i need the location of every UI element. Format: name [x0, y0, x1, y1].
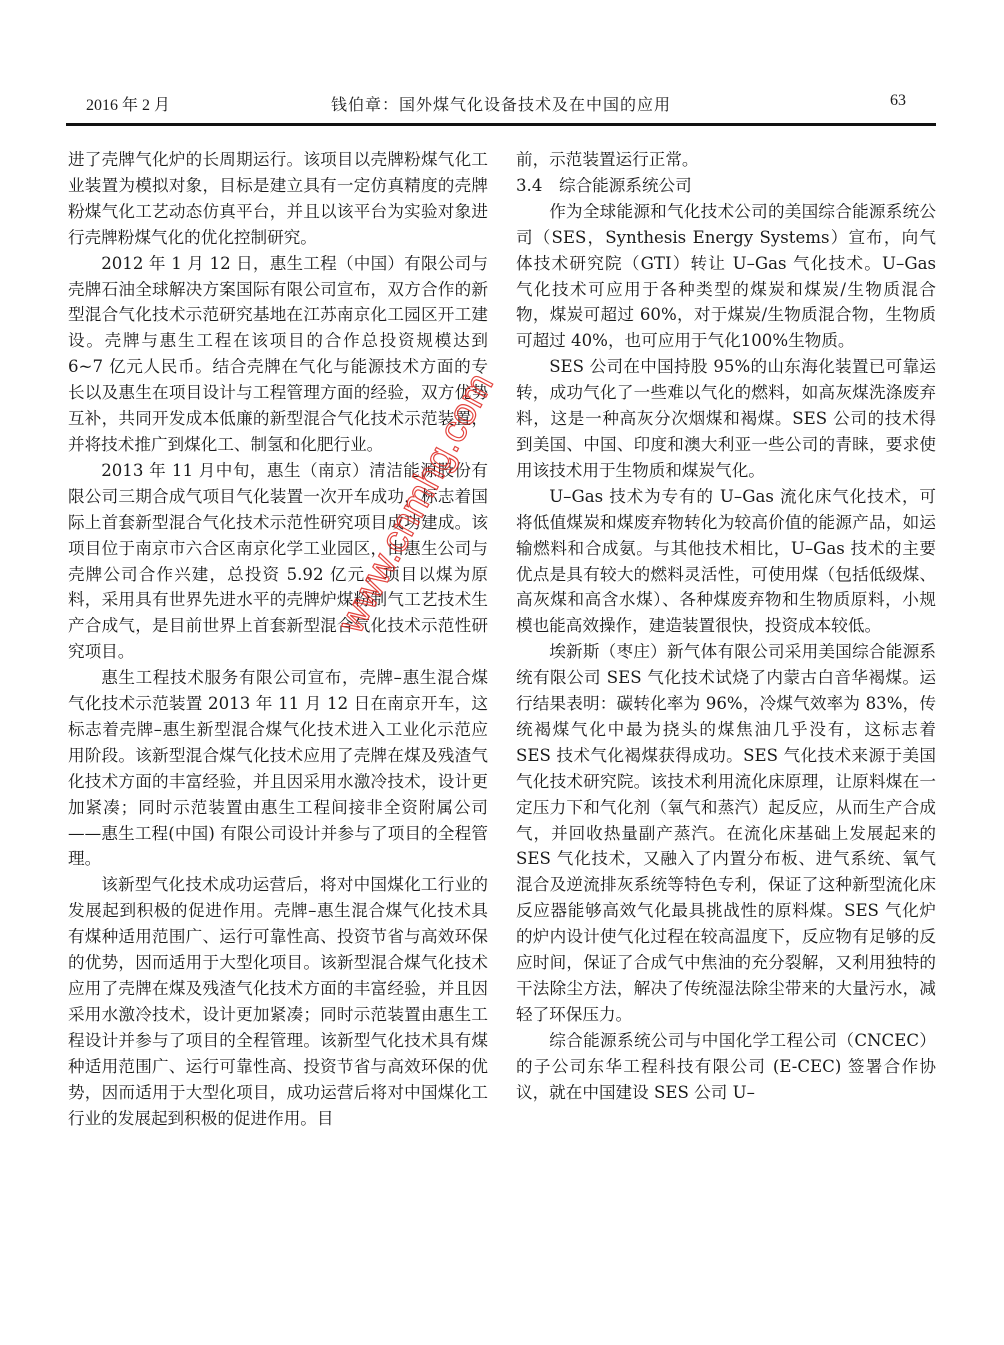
right-column: 前，示范装置运行正常。 3.4 综合能源系统公司 作为全球能源和气化技术公司的美…	[516, 147, 936, 1106]
paragraph: 进了壳牌气化炉的长周期运行。该项目以壳牌粉煤气化工业装置为模拟对象，目标是建立具…	[68, 147, 488, 251]
running-header: 2016 年 2 月 钱伯章：国外煤气化设备技术及在中国的应用 63	[66, 92, 936, 116]
paragraph: 2012 年 1 月 12 日，惠生工程（中国）有限公司与壳牌石油全球解决方案国…	[68, 251, 488, 458]
paragraph: 2013 年 11 月中旬，惠生（南京）清洁能源股份有限公司三期合成气项目气化装…	[68, 458, 488, 665]
paragraph: U–Gas 技术为专有的 U–Gas 流化床气化技术，可将低值煤炭和煤废弃物转化…	[516, 484, 936, 639]
left-column: 进了壳牌气化炉的长周期运行。该项目以壳牌粉煤气化工业装置为模拟对象，目标是建立具…	[68, 147, 488, 1131]
section-heading: 3.4 综合能源系统公司	[516, 173, 936, 199]
paragraph: 该新型气化技术成功运营后，将对中国煤化工行业的发展起到积极的促进作用。壳牌–惠生…	[68, 872, 488, 1131]
paragraph: 惠生工程技术服务有限公司宣布，壳牌–惠生混合煤气化技术示范装置 2013 年 1…	[68, 665, 488, 872]
paragraph: SES 公司在中国持股 95%的山东海化装置已可靠运转，成功气化了一些难以气化的…	[516, 354, 936, 484]
page-number: 63	[890, 92, 906, 110]
running-title: 钱伯章：国外煤气化设备技术及在中国的应用	[66, 92, 936, 115]
paragraph: 埃新斯（枣庄）新气体有限公司采用美国综合能源系统有限公司 SES 气化技术试烧了…	[516, 639, 936, 1028]
paragraph: 作为全球能源和气化技术公司的美国综合能源系统公司（SES，Synthesis E…	[516, 199, 936, 354]
paragraph: 综合能源系统公司与中国化学工程公司（CNCEC）的子公司东华工程科技有限公司 (…	[516, 1028, 936, 1106]
paragraph: 前，示范装置运行正常。	[516, 147, 936, 173]
header-rule	[66, 123, 936, 126]
